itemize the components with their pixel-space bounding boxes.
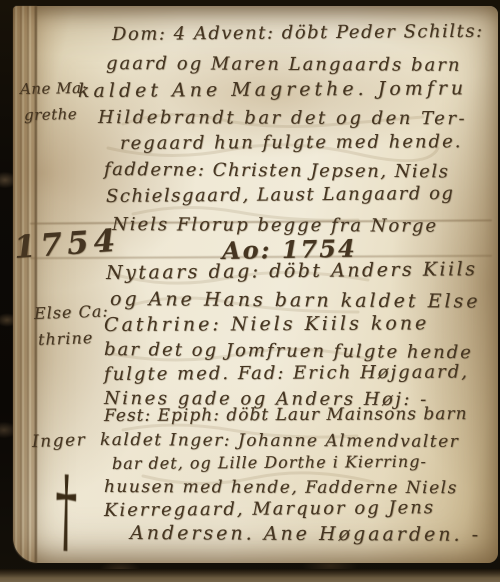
entry3-line4: huusen med hende, Fadderne Niels — [104, 477, 458, 498]
entry1-line1: Dom: 4 Advent: döbt Peder Schilts: — [112, 21, 484, 45]
entry2-line3: Cathrine: Niels Kiils kone — [104, 312, 429, 336]
entry2-line2: og Ane Hans barn kaldet Else — [110, 288, 481, 313]
entry1-line2: gaard og Maren Langaards barn — [106, 53, 462, 76]
handwritten-text-layer: Dom: 4 Advent: döbt Peder Schilts: gaard… — [0, 0, 500, 582]
entry3-line3: bar det, og Lille Dorthe i Kierring- — [112, 452, 427, 473]
entry3-line2: kaldet Inger: Johanne Almendvalter — [100, 430, 459, 452]
entry2-line4: bar det og Jomfruen fulgte hende — [104, 339, 473, 363]
manuscript-photo: Dom: 4 Advent: döbt Peder Schilts: gaard… — [0, 0, 500, 582]
margin-year-1754: 1754 — [13, 223, 122, 266]
photo-bottom-edge — [0, 569, 500, 582]
entry3-line5: Kierregaard, Marquor og Jens — [104, 497, 435, 521]
entry1-line8: Niels Florup begge fra Norge — [112, 214, 438, 237]
entry3-line6: Andersen. Ane Høgaarden. - — [130, 522, 481, 546]
margin-note-ane-magrethe-line2: grethe — [24, 105, 78, 124]
entry1-line6: fadderne: Christen Jepsen, Niels — [104, 159, 450, 182]
margin-note-else-cathrine-line1: Else Ca: — [34, 301, 109, 323]
entry3-line1: Fest: Epiph: döbt Laur Mainsons barn — [104, 404, 468, 426]
entry2-line1: Nytaars dag: döbt Anders Kiils — [106, 258, 478, 284]
entry1-line5: regaard hun fulgte med hende. — [120, 131, 463, 154]
margin-note-inger: Inger — [32, 430, 87, 452]
margin-note-ane-magrethe-line1: Ane Ma: — [20, 79, 87, 98]
entry1-line7: Schielsgaard, Laust Langaard og — [106, 183, 455, 207]
margin-note-else-cathrine-line2: thrine — [38, 328, 94, 349]
entry1-line3: kaldet Ane Magrethe. Jomfru — [78, 77, 467, 102]
cross-mark: † — [54, 457, 78, 566]
entry1-line4: Hildebrandt bar det og den Ter- — [98, 107, 467, 129]
entry2-line5: fulgte med. Fad: Erich Højgaard, — [104, 361, 469, 385]
